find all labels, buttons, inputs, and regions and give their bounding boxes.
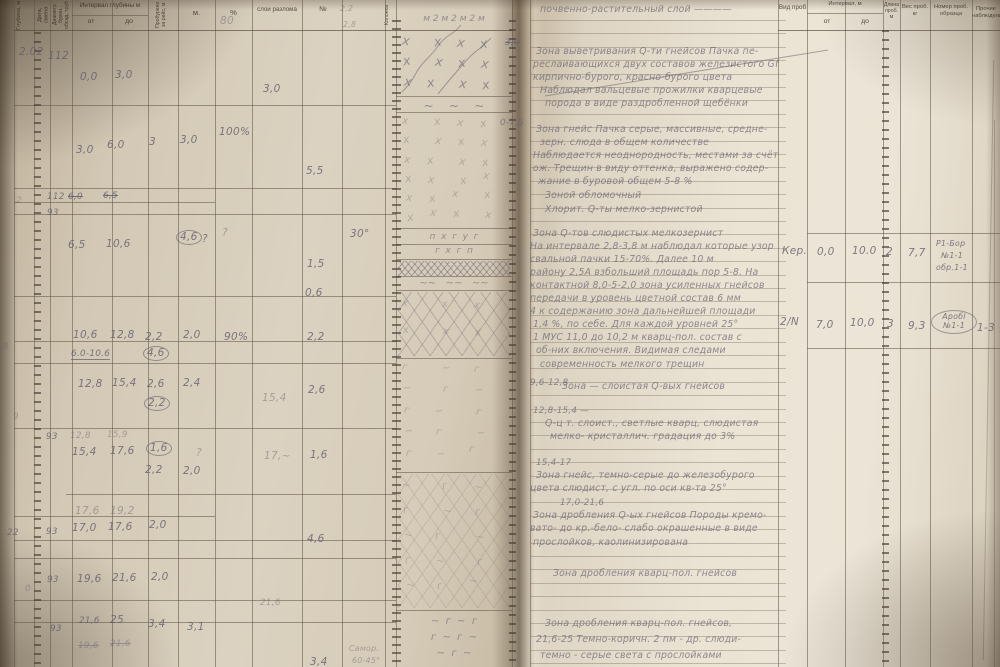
tick-mark [392,228,401,230]
tick-mark [882,543,889,545]
tick-mark [509,191,516,193]
ruled-line [530,395,786,396]
tick-mark [392,76,401,78]
handwritten-value: 100% [219,126,250,138]
header-interval: Интервал глубины м [72,2,148,9]
tick-mark [882,147,889,149]
tick-mark [34,221,41,223]
h-grid-line [14,428,396,429]
tick-mark [882,471,889,473]
description-line: темно - серые света с прослойками [540,650,722,661]
sample-value: 2/N [780,316,799,328]
sample-value: обр.1-1 [936,263,968,272]
tick-mark [882,642,889,644]
tick-mark [509,209,516,211]
description-line: свальной пачки 15-70%. Далее 10 м [530,254,714,265]
litho-row: ~~ ~~ ~~ [398,278,510,289]
header-sample-length: Длина проб. м [883,3,900,21]
handwritten-value: 4,6 [176,230,202,245]
tick-mark [34,500,41,502]
litho-symbol: ~ [443,506,453,518]
tick-mark [882,579,889,581]
litho-symbol: х [480,136,488,150]
litho-symbol: х [406,210,414,224]
tick-mark [392,84,401,86]
handwritten-value: 15,4 [112,377,137,389]
tick-mark [34,149,41,151]
ruled-line [530,663,786,664]
tick-mark [882,138,889,140]
litho-symbol: х [427,173,435,187]
litho-symbol: х [479,117,487,131]
handwritten-value: 19,2 [110,505,135,517]
description-line: мелко- кристаллич. градация до 3% [550,431,735,442]
tick-mark [392,388,401,390]
handwritten-value: 2.02 [19,46,44,58]
litho-symbol: х [402,54,412,70]
handwritten-value: 6,5 [68,239,86,251]
litho-hatch [398,474,510,608]
lithology-boundary-line [396,259,512,260]
description-line: Зона дробления Q-ых гнейсов Породы кремо… [533,510,767,521]
handwritten-value: 2,6 [308,384,326,396]
tick-mark [34,41,41,43]
tick-mark [882,156,889,158]
description-line: На интервале 2,8-3,8 м наблюдал которые … [530,241,774,252]
tick-mark [509,74,516,76]
header-other-notes: Прочие наблюдения [972,6,1000,19]
litho-symbol: х [426,153,434,167]
v-grid-line [972,0,973,667]
tick-mark [882,174,889,176]
tick-mark [509,200,516,202]
h-grid-line [14,296,396,297]
tick-mark [34,662,41,664]
tick-mark [882,597,889,599]
handwritten-value: 17,6 [110,445,135,457]
tick-mark [34,140,41,142]
tick-mark [882,624,889,626]
h-grid-line [807,282,1000,283]
handwritten-value: 112 [47,192,65,202]
tick-mark [34,266,41,268]
handwritten-value: 17,~ [264,450,291,462]
tick-mark [34,185,41,187]
lithology-boundary-line [396,472,512,473]
tick-mark [882,561,889,563]
lithology-boundary-line [396,228,512,229]
tick-mark [882,264,889,266]
tick-mark [509,416,516,418]
v-grid-line [34,0,35,667]
tick-mark [34,374,41,376]
v-grid-line [930,0,931,667]
tick-mark [882,84,889,86]
tick-mark [882,183,889,185]
tick-mark [509,137,516,139]
description-line: передачи в уровень цветной состав 6 мм [530,293,741,304]
sample-value: №1-1 [941,251,963,260]
tick-mark [882,363,889,365]
tick-mark [882,120,889,122]
tick-mark [34,203,41,205]
tick-mark [882,300,889,302]
description-line: цвета слюдист, с угл. по оси кв-та 25° [530,483,727,494]
tick-mark [34,581,41,583]
sample-value: 7,7 [908,247,926,259]
handwritten-value: 12,8 [110,329,135,341]
tick-mark [509,362,516,364]
sample-value: 1-3 [977,322,995,334]
litho-symbol: х [401,114,409,128]
litho-symbol: х [459,174,467,188]
litho-symbol: ~ [401,480,411,492]
handwritten-value: 90% [224,331,248,343]
tick-mark [34,284,41,286]
tick-mark [509,164,516,166]
handwritten-value: 17,6 [75,505,100,517]
header-sample-kind: Вид проб [778,4,807,11]
tick-mark [509,434,516,436]
tick-mark [392,116,401,118]
tick-mark [392,660,401,662]
handwritten-value: 93 [46,432,58,442]
tick-mark [882,345,889,347]
description-line: Зона дробления кварц-пол. гнейсов, [545,618,732,629]
tick-mark [392,220,401,222]
handwritten-value: 2,0 [151,571,169,583]
description-line: 4 к содержанию зона дальнейшей площади [530,306,755,317]
litho-symbol: х [405,191,413,205]
description-line: Зоной обломочный [545,190,641,201]
tick-mark [392,380,401,382]
tick-mark [34,95,41,97]
handwritten-value: 4,6 [143,346,169,361]
handwritten-value: 3 [149,136,156,148]
description-line: прослойков, каолинизирована [533,537,688,548]
litho-row: ~ г ~ г [398,616,510,627]
tick-mark [882,309,889,311]
tick-mark [882,516,889,518]
header-column: Колонка [385,0,396,30]
tick-mark [34,59,41,61]
handwritten-value: 6,0 [107,139,125,151]
tick-mark [509,389,516,391]
litho-symbol: г [474,507,481,519]
header-from: от [76,18,106,26]
handwritten-value: 1,6 [310,449,328,461]
handwritten-value: 22 [7,528,19,538]
tick-mark [34,239,41,241]
litho-symbol: х [452,206,460,220]
tick-mark [882,48,889,50]
tick-mark [392,188,401,190]
lithology-boundary-line [396,276,512,277]
description-line: Хлорит. Q-ты мелко-зернистой [545,204,703,215]
h-grid-line [807,13,883,14]
v-grid-line [900,0,901,667]
description-line: 17,0-21,6 [560,498,604,508]
tick-mark [882,507,889,509]
litho-symbol: х [404,172,412,186]
litho-hatch [398,292,510,356]
v-grid-line [385,0,386,667]
ruled-line [530,114,786,115]
tick-mark [882,525,889,527]
tick-mark [882,39,889,41]
handwritten-value: 93 [47,208,59,218]
litho-symbol: х [483,188,491,202]
tick-mark [882,660,889,662]
tick-mark [34,608,41,610]
handwritten-value: 93 [46,527,58,537]
header-diameter: Диаметр бурен., обсад. труб [53,0,69,30]
ruled-line [530,556,786,557]
tick-mark [34,599,41,601]
description-line: контактной 8,0-5-2,0 зона усиленных гней… [530,280,765,291]
litho-row: м 2 м 2 м 2 м [398,14,510,24]
handwritten-value: 3,0 [115,69,133,81]
header-date: Дата, смена [37,0,50,30]
tick-mark [882,75,889,77]
tick-mark [882,57,889,59]
handwritten-value: 8 [3,342,9,352]
h-grid-line [72,15,148,16]
tick-mark [392,452,401,454]
h-grid-line [14,363,396,364]
handwritten-value: 2,0 [183,329,201,341]
tick-mark [882,417,889,419]
v-grid-line [14,0,15,667]
v-grid-line [807,0,808,667]
lithology-boundary-line [396,358,512,359]
h-grid-line [778,30,1000,31]
tick-mark [34,86,41,88]
tick-mark [882,453,889,455]
description-line: 21,6-25 Темно-коричн. 2 пм - др. слюди- [536,634,741,645]
tick-mark [509,29,516,31]
tick-mark [34,275,41,277]
tick-mark [34,104,41,106]
h-grid-line [807,348,1000,349]
sample-value: Р1-Бор [936,239,965,248]
handwritten-value: 19,6 [78,641,99,651]
v-grid-line [845,0,846,667]
handwritten-value: 17,6 [108,521,133,533]
handwritten-value: 15,4 [262,392,287,404]
description-line: современность мелкого трещин [540,359,704,370]
litho-symbol: х [481,155,489,169]
tick-mark [509,380,516,382]
tick-mark [34,590,41,592]
litho-symbol: ~ [405,580,415,592]
tick-mark [392,28,401,30]
tick-mark [882,462,889,464]
h-grid-line [14,341,396,342]
tick-mark [509,407,516,409]
tick-mark [882,552,889,554]
tick-mark [392,412,401,414]
tick-mark [392,628,401,630]
tick-mark [34,563,41,565]
tick-mark [882,408,889,410]
tick-mark [882,606,889,608]
handwritten-value: 17,0 [72,522,97,534]
litho-symbol: ~ [404,426,414,438]
v-grid-line [178,0,179,667]
litho-symbol: х [473,300,480,312]
tick-mark [882,570,889,572]
litho-row: г х г п [398,246,510,256]
handwritten-value: 10,6 [106,238,131,250]
tick-mark [34,401,41,403]
sample-value: 10,0 [850,317,875,329]
litho-symbol: х [482,169,490,183]
litho-symbol: х [458,154,466,168]
tick-mark [392,364,401,366]
handwritten-value: 25 [110,614,124,626]
litho-row: г ~ г ~ [398,632,510,643]
tick-mark [34,293,41,295]
tick-mark [34,68,41,70]
tick-mark [882,282,889,284]
litho-symbol: г [468,443,475,455]
litho-row: п х г у г [398,232,510,242]
tick-mark [882,201,889,203]
tick-mark [392,612,401,614]
litho-symbol: х [474,327,481,339]
litho-symbol: х [457,135,465,149]
tick-mark [509,83,516,85]
v-grid-line [883,0,884,667]
tick-mark [34,473,41,475]
sample-value: 2 [886,246,893,258]
tick-mark [34,518,41,520]
handwritten-value: 3,1 [187,621,205,633]
tick-mark [882,426,889,428]
tick-mark [392,92,401,94]
tick-mark [882,192,889,194]
tick-mark [392,172,401,174]
tick-mark [882,444,889,446]
tick-mark [882,498,889,500]
tick-mark [34,527,41,529]
tick-mark [392,436,401,438]
tick-mark [882,534,889,536]
handwritten-value: 2,6 [147,378,165,390]
description-line: Зона гнейс, темно-серые до железобурого [536,470,755,481]
tick-mark [882,102,889,104]
tick-mark [509,470,516,472]
handwritten-value: 0,6 [305,287,323,299]
tick-mark [509,128,516,130]
handwritten-value: 5,5 [306,165,324,177]
handwritten-value: 6,5 [103,191,118,201]
handwritten-value: 1,5 [307,258,325,270]
header-sample-weight: Вес проб. кг [900,4,930,17]
h-grid-line [14,558,396,559]
description-line: 12,8-15,4 — [533,406,589,416]
litho-hatch [398,261,510,276]
litho-symbol: х [457,56,467,72]
tick-mark [509,56,516,58]
tick-mark [34,383,41,385]
lithology-boundary-line [396,244,512,245]
description-line: 0-7,5 [500,118,524,128]
tick-mark [392,196,401,198]
header-fault: слои разлома [252,6,302,13]
litho-symbol: ~ [474,385,484,397]
tick-mark [392,124,401,126]
tick-mark [509,227,516,229]
tick-mark [882,399,889,401]
handwritten-value: 21,6 [79,616,100,626]
tick-mark [509,425,516,427]
handwritten-value: 12,8 [70,431,91,441]
tick-mark [34,176,41,178]
tick-mark [392,36,401,38]
litho-symbol: г [473,364,480,376]
header-layer-num: № [306,6,340,14]
handwritten-value: 93 [50,624,62,634]
litho-symbol: х [402,133,410,147]
tick-mark [882,588,889,590]
h-grid-line [14,188,396,189]
litho-symbol: х [433,35,443,51]
ruled-line [530,596,786,597]
h-grid-line [14,622,396,623]
ruled-line [530,221,786,222]
tick-mark [392,444,401,446]
tick-mark [392,404,401,406]
litho-symbol: х [458,76,467,92]
header-to: до [114,18,144,26]
handwritten-value: 3,0 [180,134,198,146]
tick-mark [882,129,889,131]
tick-mark [392,468,401,470]
tick-mark [34,338,41,340]
litho-symbol: х [433,115,441,129]
header-core-m: м. [178,9,215,18]
description-line: 15,4-17 [536,458,571,468]
h-grid-line [66,494,396,495]
handwritten-value: 2,2 [340,4,353,13]
tick-mark [392,52,401,54]
tick-mark [34,365,41,367]
tick-mark [509,218,516,220]
tick-mark [34,347,41,349]
handwritten-value: 6.0-10.6 [71,349,110,360]
tick-mark [509,173,516,175]
description-line: Q-ц т. слоист., светлые кварц, слюдистая [545,418,758,429]
tick-mark [34,356,41,358]
litho-symbol: х [403,74,412,90]
v-grid-line [342,0,343,667]
description-line: Зона гнейс Пачка серые, массивные, средн… [536,124,768,135]
tick-mark [34,428,41,430]
tick-mark [882,381,889,383]
description-line: Наблюдается неоднородность, местами за с… [533,150,778,161]
tick-mark [392,372,401,374]
tick-mark [34,122,41,124]
journal-photo: Глубина, м Дата, смена Диаметр бурен., о… [0,0,1000,667]
litho-symbol: х [434,55,443,71]
tick-mark [392,460,401,462]
tick-mark [392,148,401,150]
tick-mark [34,536,41,538]
handwritten-value: 3,4 [310,656,328,667]
tick-mark [34,419,41,421]
